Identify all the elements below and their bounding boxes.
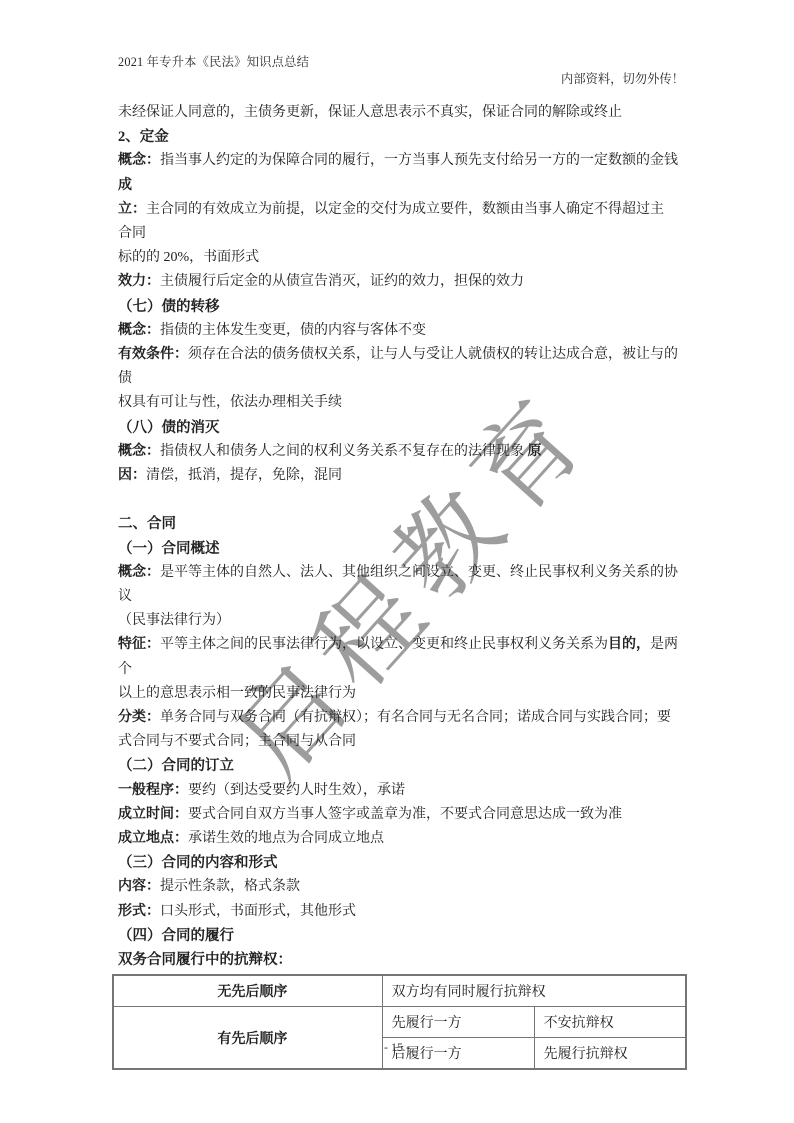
table-cell-category: 无先后顺序 <box>113 975 382 1007</box>
text-line: 特征：平等主体之间的民事法律行为，以设立、变更和终止民事权利义务关系为目的，是两… <box>118 633 684 681</box>
section-heading: （七）债的转移 <box>118 295 684 319</box>
defense-rights-table: 无先后顺序 双方均有同时履行抗辩权 有先后顺序 先履行一方 不安抗辩权 后履行一… <box>112 974 687 1070</box>
text-line: 有效条件：须存在合法的债务债权关系，让与人与受让人就债权的转让达成合意，被让与的… <box>118 343 684 391</box>
text-line: （民事法律行为） <box>118 609 684 633</box>
text-line: 内容：提示性条款，格式条款 <box>118 875 684 899</box>
document-page: 2021 年专升本《民法》知识点总结 内部资料，切勿外传！ 启程教育 未经保证人… <box>0 0 794 1123</box>
table-cell: 双方均有同时履行抗辩权 <box>382 975 686 1007</box>
text-line: 以上的意思表示相一致的民事法律行为 <box>118 682 684 706</box>
content-lines: 未经保证人同意的，主债务更新，保证人意思表示不真实，保证合同的解除或终止2、定金… <box>118 101 684 972</box>
table-cell: 不安抗辩权 <box>534 1007 686 1038</box>
page-number: - 15 - <box>0 1040 794 1055</box>
table-row: 无先后顺序 双方均有同时履行抗辩权 <box>113 975 686 1007</box>
text-line: 概念：指债的主体发生变更，债的内容与客体不变 <box>118 319 684 343</box>
table-row: 有先后顺序 先履行一方 不安抗辩权 <box>113 1007 686 1038</box>
section-heading: （八）债的消灭 <box>118 416 684 440</box>
text-line: 立：主合同的有效成立为前提，以定金的交付为成立要件，数额由当事人确定不得超过主 … <box>118 198 684 246</box>
section-heading: （四）合同的履行 <box>118 924 684 948</box>
table-cell-category: 有先后顺序 <box>113 1007 382 1070</box>
text-line: 成立时间：要式合同自双方当事人签字或盖章为准，不要式合同意思达成一致为准 <box>118 803 684 827</box>
section-heading: （二）合同的订立 <box>118 754 684 778</box>
section-heading: （一）合同概述 <box>118 537 684 561</box>
text-line: 分类：单务合同与双务合同（有抗辩权）；有名合同与无名合同；诺成合同与实践合同；要 <box>118 706 684 730</box>
text-line: 概念：指债权人和债务人之间的权利义务关系不复存在的法律现象 原 <box>118 440 684 464</box>
text-line: 一般程序：要约（到达受要约人时生效），承诺 <box>118 779 684 803</box>
text-line: 形式：口头形式，书面形式，其他形式 <box>118 900 684 924</box>
table-cell: 先履行一方 <box>382 1007 534 1038</box>
document-header-title: 2021 年专升本《民法》知识点总结 <box>118 54 684 71</box>
text-line: 式合同与不要式合同；主合同与从合同 <box>118 730 684 754</box>
section-heading: 二、合同 <box>118 512 684 536</box>
text-line: 成立地点：承诺生效的地点为合同成立地点 <box>118 827 684 851</box>
text-line: 未经保证人同意的，主债务更新，保证人意思表示不真实，保证合同的解除或终止 <box>118 101 684 125</box>
text-line: 因：清偿，抵消，提存，免除，混同 <box>118 464 684 488</box>
text-line: 概念：是平等主体的自然人、法人、其他组织之间设立、变更、终止民事权利义务关系的协… <box>118 561 684 609</box>
section-heading: 2、定金 <box>118 125 684 149</box>
section-heading: 双务合同履行中的抗辩权： <box>118 948 684 972</box>
text-line: 概念：指当事人约定的为保障合同的履行，一方当事人预先支付给另一方的一定数额的金钱… <box>118 149 684 197</box>
text-line: 权具有可让与性，依法办理相关手续 <box>118 391 684 415</box>
confidential-notice: 内部资料，切勿外传！ <box>118 71 684 88</box>
section-heading: （三）合同的内容和形式 <box>118 851 684 875</box>
blank-line <box>118 488 684 512</box>
text-line: 标的的 20%，书面形式 <box>118 246 684 270</box>
text-line: 效力：主债履行后定金的从债宣告消灭，证约的效力，担保的效力 <box>118 270 684 294</box>
